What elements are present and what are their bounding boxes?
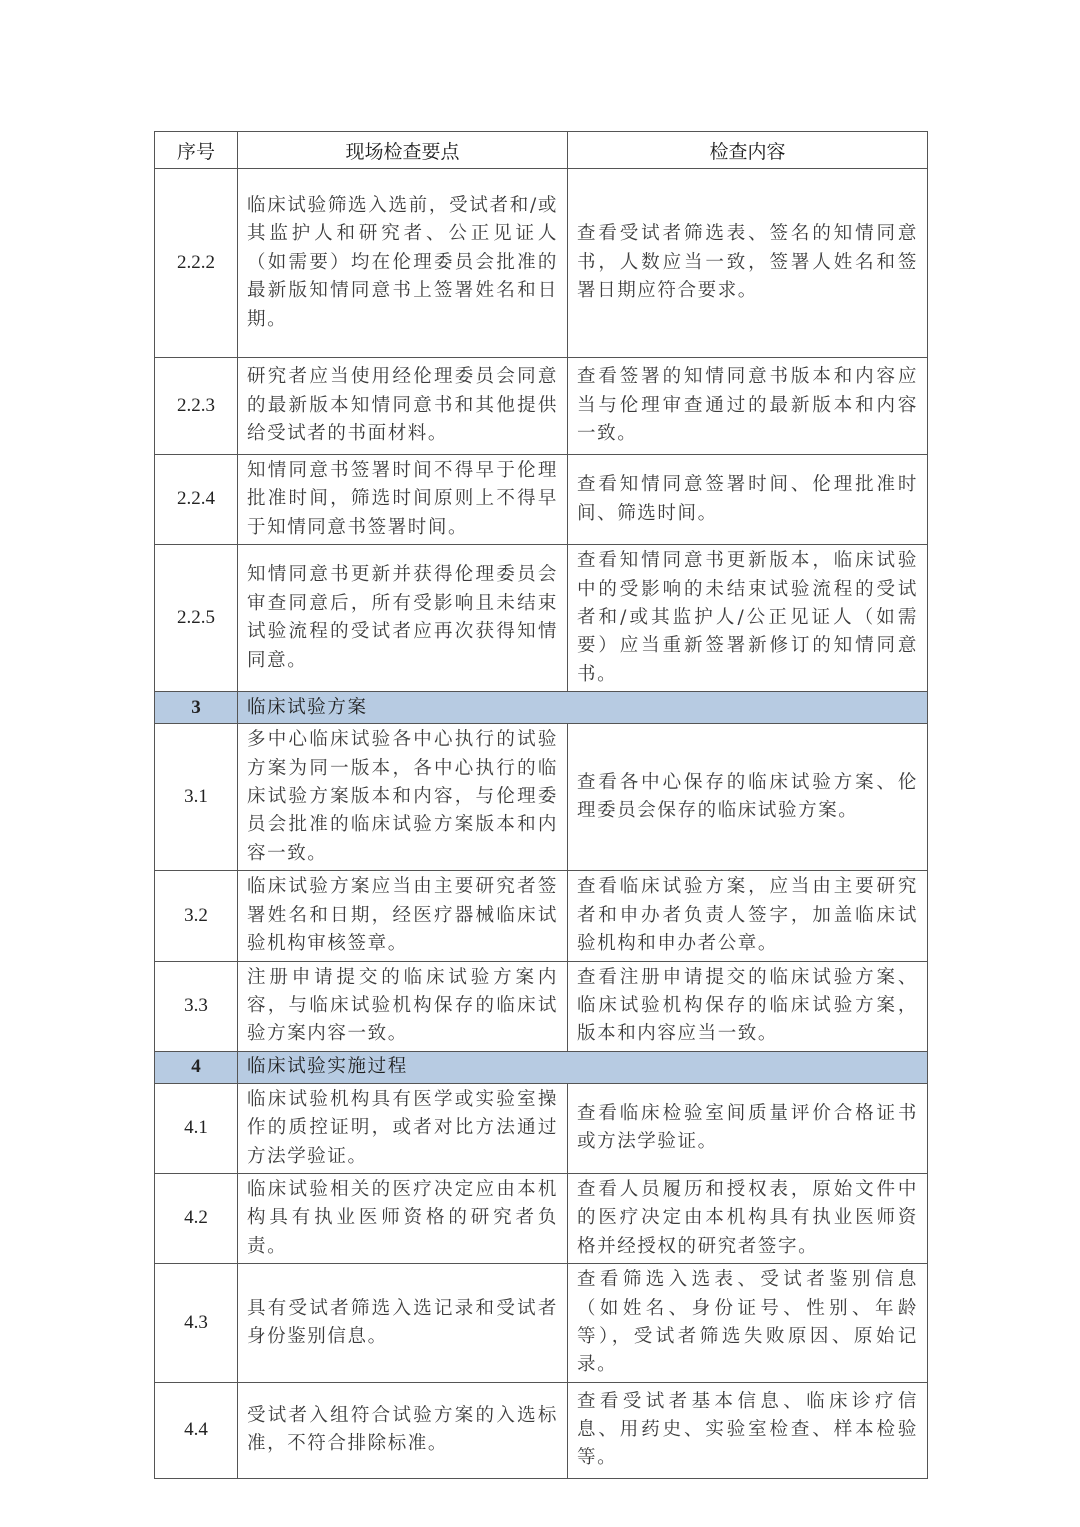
row-id: 4.4	[155, 1382, 238, 1478]
row-id: 2.2.2	[155, 169, 238, 358]
row-id: 3.3	[155, 961, 238, 1051]
row-content: 查看知情同意签署时间、伦理批准时间、筛选时间。	[568, 455, 928, 545]
row-content: 查看签署的知情同意书版本和内容应当与伦理审查通过的最新版本和内容一致。	[568, 358, 928, 455]
row-point: 研究者应当使用经伦理委员会同意的最新版本知情同意书和其他提供给受试者的书面材料。	[238, 358, 568, 455]
table-row: 4.1 临床试验机构具有医学或实验室操作的质控证明，或者对比方法通过方法学验证。…	[155, 1083, 928, 1173]
table-row: 3.2 临床试验方案应当由主要研究者签署姓名和日期，经医疗器械临床试验机构审核签…	[155, 871, 928, 961]
row-point: 具有受试者筛选入选记录和受试者身份鉴别信息。	[238, 1264, 568, 1383]
table-row: 4.2 临床试验相关的医疗决定应由本机构具有执业医师资格的研究者负责。 查看人员…	[155, 1173, 928, 1263]
row-id: 2.2.3	[155, 358, 238, 455]
header-serial-number: 序号	[155, 132, 238, 169]
header-inspection-point: 现场检查要点	[238, 132, 568, 169]
inspection-table: 序号 现场检查要点 检查内容 2.2.2 临床试验筛选入选前，受试者和/或其监护…	[154, 131, 928, 1479]
row-content: 查看临床检验室间质量评价合格证书或方法学验证。	[568, 1083, 928, 1173]
row-point: 临床试验筛选入选前，受试者和/或其监护人和研究者、公正见证人（如需要）均在伦理委…	[238, 169, 568, 358]
row-content: 查看受试者筛选表、签名的知情同意书，人数应当一致，签署人姓名和签署日期应符合要求…	[568, 169, 928, 358]
section-row: 4 临床试验实施过程	[155, 1051, 928, 1083]
row-content: 查看注册申请提交的临床试验方案、临床试验机构保存的临床试验方案，版本和内容应当一…	[568, 961, 928, 1051]
table-row: 2.2.5 知情同意书更新并获得伦理委员会审查同意后，所有受影响且未结束试验流程…	[155, 545, 928, 692]
header-inspection-content: 检查内容	[568, 132, 928, 169]
table-row: 3.1 多中心临床试验各中心执行的试验方案为同一版本，各中心执行的临床试验方案版…	[155, 724, 928, 871]
row-content: 查看知情同意书更新版本，临床试验中的受影响的未结束试验流程的受试者和/或其监护人…	[568, 545, 928, 692]
section-row: 3 临床试验方案	[155, 692, 928, 724]
section-title: 临床试验实施过程	[238, 1051, 928, 1083]
document-page: 序号 现场检查要点 检查内容 2.2.2 临床试验筛选入选前，受试者和/或其监护…	[154, 131, 927, 1479]
row-id: 2.2.5	[155, 545, 238, 692]
section-id: 3	[155, 692, 238, 724]
row-point: 知情同意书签署时间不得早于伦理批准时间，筛选时间原则上不得早于知情同意书签署时间…	[238, 455, 568, 545]
table-row: 4.4 受试者入组符合试验方案的入选标准，不符合排除标准。 查看受试者基本信息、…	[155, 1382, 928, 1478]
row-point: 临床试验机构具有医学或实验室操作的质控证明，或者对比方法通过方法学验证。	[238, 1083, 568, 1173]
section-id: 4	[155, 1051, 238, 1083]
table-row: 2.2.4 知情同意书签署时间不得早于伦理批准时间，筛选时间原则上不得早于知情同…	[155, 455, 928, 545]
row-content: 查看各中心保存的临床试验方案、伦理委员会保存的临床试验方案。	[568, 724, 928, 871]
row-id: 4.3	[155, 1264, 238, 1383]
row-point: 临床试验相关的医疗决定应由本机构具有执业医师资格的研究者负责。	[238, 1173, 568, 1263]
row-content: 查看筛选入选表、受试者鉴别信息（如姓名、身份证号、性别、年龄等），受试者筛选失败…	[568, 1264, 928, 1383]
row-id: 4.1	[155, 1083, 238, 1173]
section-title: 临床试验方案	[238, 692, 928, 724]
table-row: 2.2.2 临床试验筛选入选前，受试者和/或其监护人和研究者、公正见证人（如需要…	[155, 169, 928, 358]
table-header-row: 序号 现场检查要点 检查内容	[155, 132, 928, 169]
table-row: 2.2.3 研究者应当使用经伦理委员会同意的最新版本知情同意书和其他提供给受试者…	[155, 358, 928, 455]
row-id: 2.2.4	[155, 455, 238, 545]
row-content: 查看受试者基本信息、临床诊疗信息、用药史、实验室检查、样本检验等。	[568, 1382, 928, 1478]
row-id: 3.2	[155, 871, 238, 961]
row-point: 临床试验方案应当由主要研究者签署姓名和日期，经医疗器械临床试验机构审核签章。	[238, 871, 568, 961]
row-id: 3.1	[155, 724, 238, 871]
table-row: 3.3 注册申请提交的临床试验方案内容，与临床试验机构保存的临床试验方案内容一致…	[155, 961, 928, 1051]
row-point: 多中心临床试验各中心执行的试验方案为同一版本，各中心执行的临床试验方案版本和内容…	[238, 724, 568, 871]
row-point: 注册申请提交的临床试验方案内容，与临床试验机构保存的临床试验方案内容一致。	[238, 961, 568, 1051]
row-content: 查看人员履历和授权表，原始文件中的医疗决定由本机构具有执业医师资格并经授权的研究…	[568, 1173, 928, 1263]
row-point: 受试者入组符合试验方案的入选标准，不符合排除标准。	[238, 1382, 568, 1478]
table-row: 4.3 具有受试者筛选入选记录和受试者身份鉴别信息。 查看筛选入选表、受试者鉴别…	[155, 1264, 928, 1383]
row-content: 查看临床试验方案，应当由主要研究者和申办者负责人签字，加盖临床试验机构和申办者公…	[568, 871, 928, 961]
row-id: 4.2	[155, 1173, 238, 1263]
row-point: 知情同意书更新并获得伦理委员会审查同意后，所有受影响且未结束试验流程的受试者应再…	[238, 545, 568, 692]
